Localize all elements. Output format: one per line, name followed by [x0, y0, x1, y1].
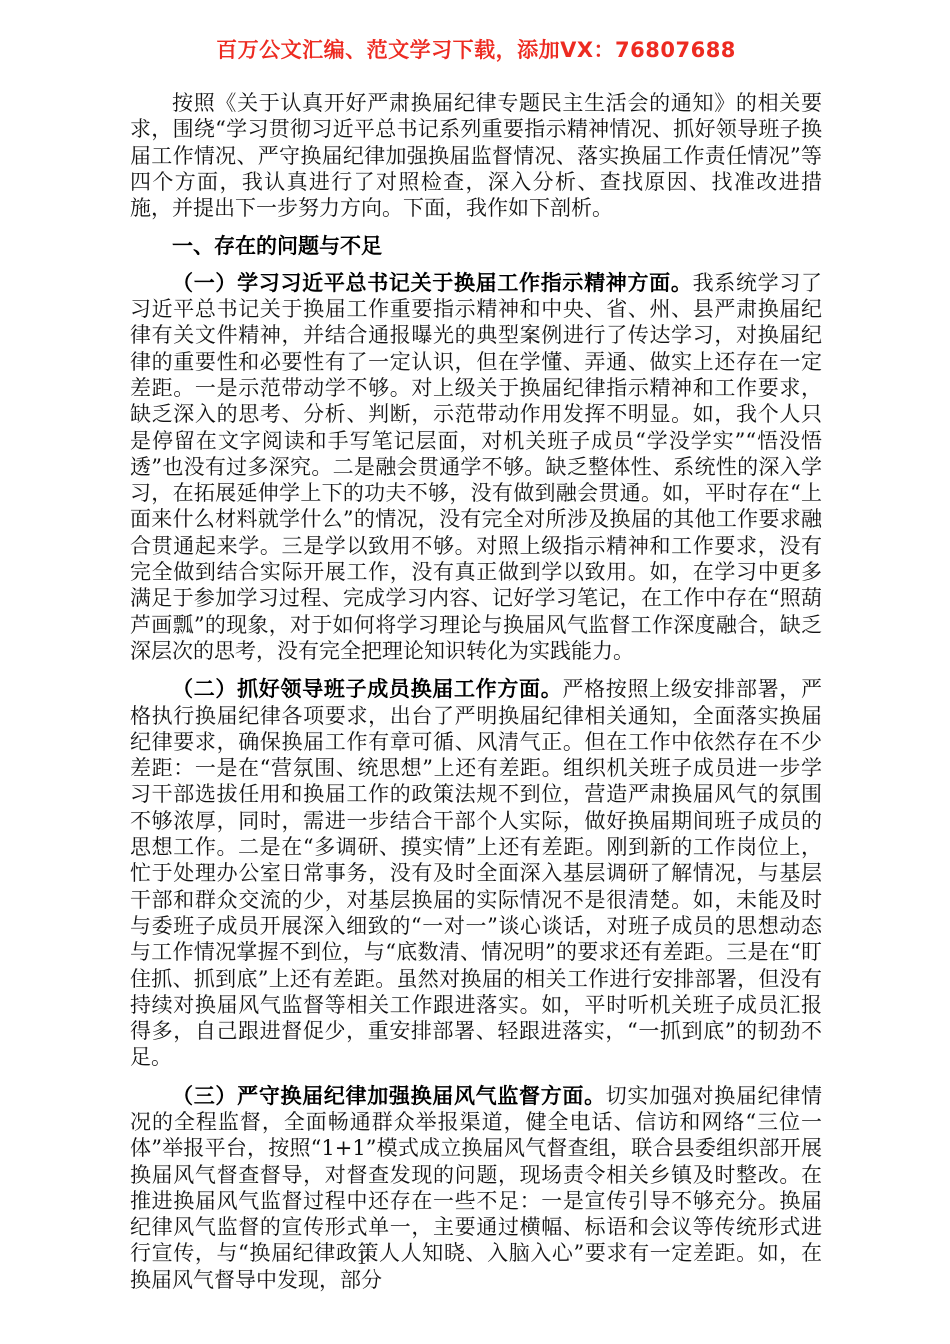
subsection-3-heading: （三）严守换届纪律加强换届风气监督方面。: [172, 1084, 606, 1108]
document-body: 按照《关于认真开好严肃换届纪律专题民主生活会的通知》的相关要求，围绕“学习贯彻习…: [130, 90, 822, 1305]
subsection-2-heading: （二）抓好领导班子成员换届工作方面。: [172, 677, 562, 701]
subsection-3: （三）严守换届纪律加强换届风气监督方面。切实加强对换届纪律情况的全程监督，全面畅…: [130, 1083, 822, 1293]
section-title: 一、存在的问题与不足: [130, 233, 822, 259]
subsection-1-text: 我系统学习了习近平总书记关于换届工作重要指示精神和中央、省、州、县严肃换届纪律有…: [130, 271, 822, 663]
intro-paragraph: 按照《关于认真开好严肃换届纪律专题民主生活会的通知》的相关要求，围绕“学习贯彻习…: [130, 90, 822, 221]
subsection-1-heading: （一）学习习近平总书记关于换届工作指示精神方面。: [172, 271, 693, 295]
page-number: 1: [336, 1248, 388, 1269]
subsection-3-text: 切实加强对换届纪律情况的全程监督，全面畅通群众举报渠道，健全电话、信访和网络“三…: [130, 1084, 822, 1292]
document-page: 百万公文汇编、范文学习下载，添加VX：76807688 按照《关于认真开好严肃换…: [0, 0, 950, 1344]
header-ad-banner: 百万公文汇编、范文学习下载，添加VX：76807688: [130, 34, 822, 64]
subsection-2-text: 严格按照上级安排部署，严格执行换届纪律各项要求，出台了严明换届纪律相关通知，全面…: [130, 677, 822, 1069]
subsection-1: （一）学习习近平总书记关于换届工作指示精神方面。我系统学习了习近平总书记关于换届…: [130, 270, 822, 664]
subsection-2: （二）抓好领导班子成员换届工作方面。严格按照上级安排部署，严格执行换届纪律各项要…: [130, 676, 822, 1070]
